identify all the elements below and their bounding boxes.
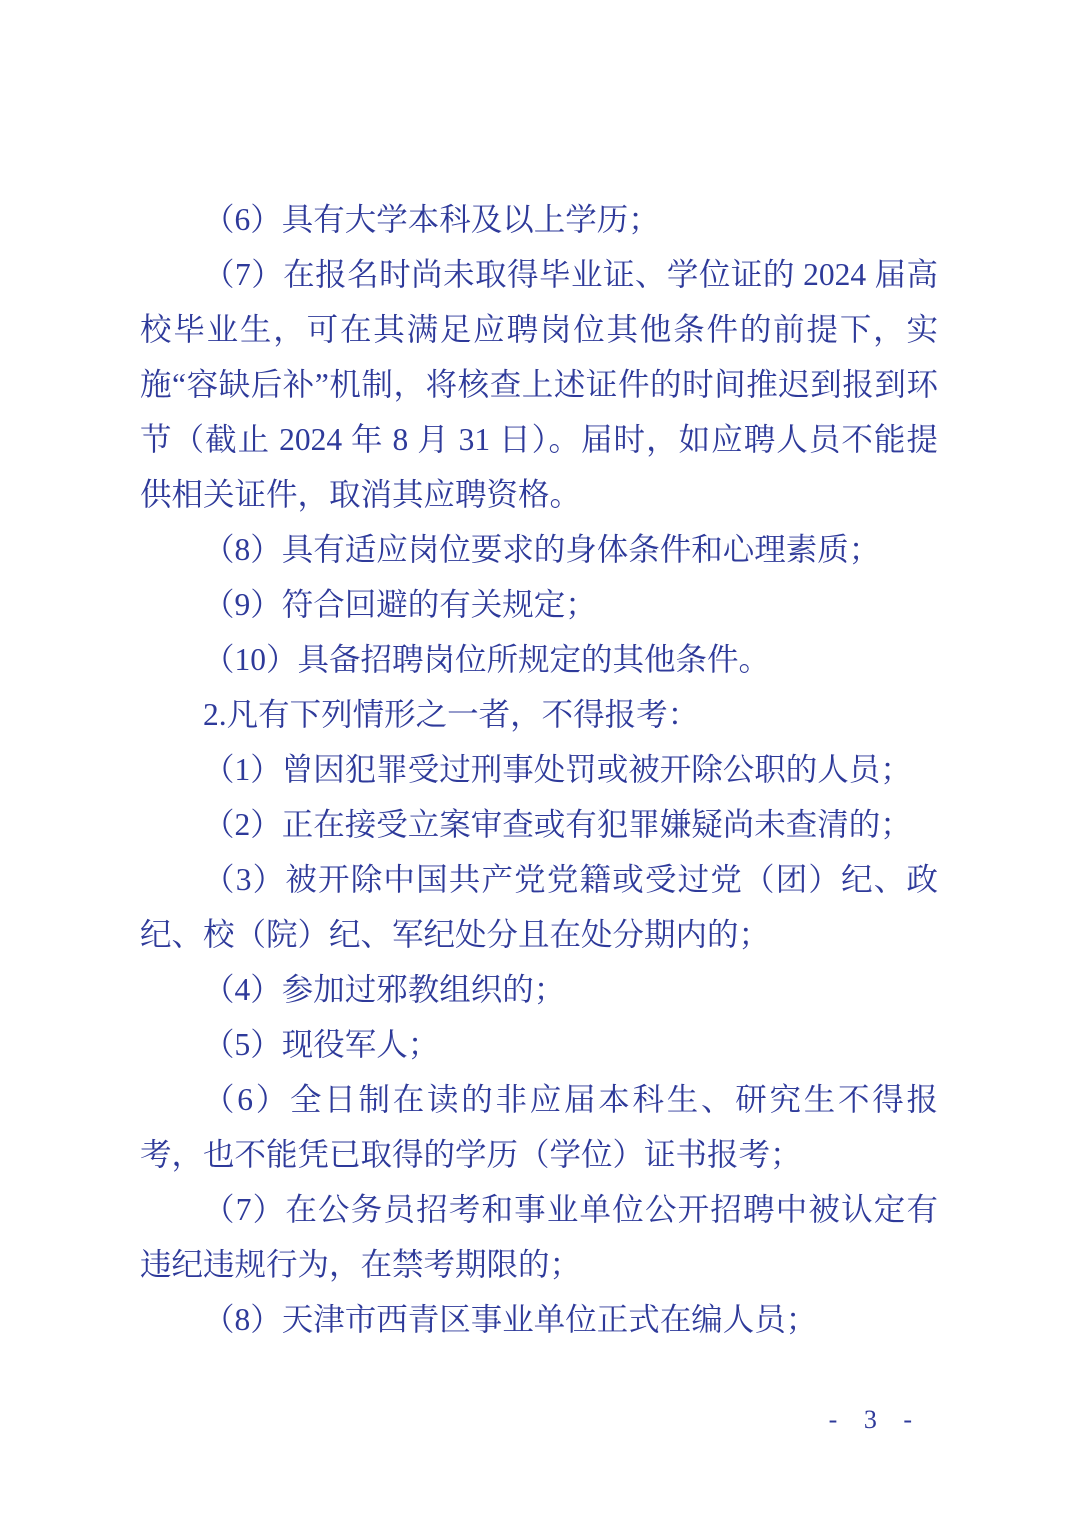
paragraph-condition-6: （6）具有大学本科及以上学历； — [140, 192, 938, 247]
document-page: （6）具有大学本科及以上学历； （7）在报名时尚未取得毕业证、学位证的 2024… — [0, 0, 1074, 1520]
paragraph-restriction-7: （7）在公务员招考和事业单位公开招聘中被认定有违纪违规行为，在禁考期限的； — [140, 1182, 938, 1292]
paragraph-condition-10: （10）具备招聘岗位所规定的其他条件。 — [140, 632, 938, 687]
paragraph-condition-7: （7）在报名时尚未取得毕业证、学位证的 2024 届高校毕业生，可在其满足应聘岗… — [140, 247, 938, 522]
paragraph-condition-9: （9）符合回避的有关规定； — [140, 577, 938, 632]
paragraph-restriction-1: （1）曾因犯罪受过刑事处罚或被开除公职的人员； — [140, 742, 938, 797]
paragraph-restriction-6: （6）全日制在读的非应届本科生、研究生不得报考，也不能凭已取得的学历（学位）证书… — [140, 1072, 938, 1182]
paragraph-restriction-5: （5）现役军人； — [140, 1017, 938, 1072]
paragraph-section-2-heading: 2.凡有下列情形之一者，不得报考： — [140, 687, 938, 742]
page-number: - 3 - — [829, 1405, 922, 1435]
paragraph-condition-8: （8）具有适应岗位要求的身体条件和心理素质； — [140, 522, 938, 577]
paragraph-restriction-2: （2）正在接受立案审查或有犯罪嫌疑尚未查清的； — [140, 797, 938, 852]
paragraph-restriction-3: （3）被开除中国共产党党籍或受过党（团）纪、政纪、校（院）纪、军纪处分且在处分期… — [140, 852, 938, 962]
paragraph-restriction-4: （4）参加过邪教组织的； — [140, 962, 938, 1017]
document-body: （6）具有大学本科及以上学历； （7）在报名时尚未取得毕业证、学位证的 2024… — [140, 192, 938, 1347]
paragraph-restriction-8: （8）天津市西青区事业单位正式在编人员； — [140, 1292, 938, 1347]
